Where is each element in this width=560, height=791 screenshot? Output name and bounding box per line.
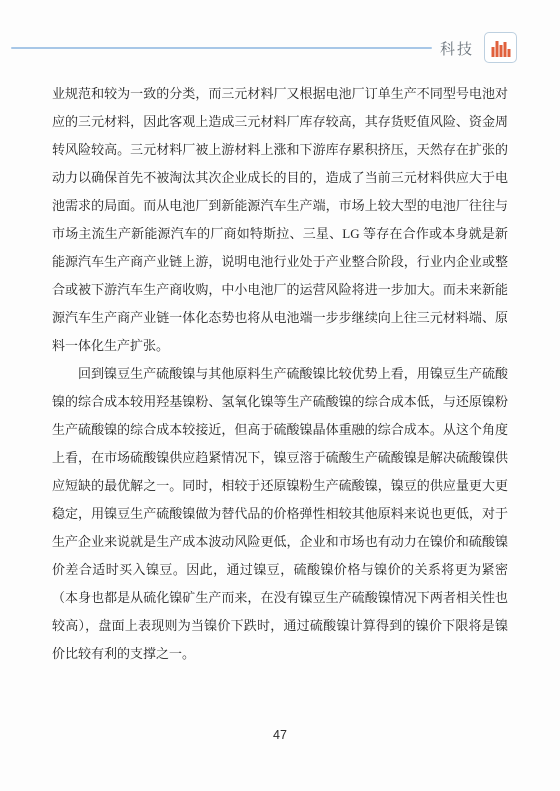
- page-number: 47: [0, 728, 560, 742]
- paragraph-continuation: 业规范和较为一致的分类，而三元材料厂又根据电池厂订单生产不同型号电池对应的三元材…: [52, 80, 508, 360]
- section-label: 科技: [440, 38, 474, 59]
- document-page: 科技 业规范和较为一致的分类，而三元材料厂又根据电池厂订单生产不同型号电池对应的…: [0, 0, 560, 791]
- article-body: 业规范和较为一致的分类，而三元材料厂又根据电池厂订单生产不同型号电池对应的三元材…: [52, 80, 508, 668]
- paragraph: 回到镍豆生产硫酸镍与其他原料生产硫酸镍比较优势上看，用镍豆生产硫酸镍的综合成本较…: [52, 360, 508, 668]
- header-rule: [11, 47, 432, 49]
- bar-chart-icon: [484, 32, 517, 63]
